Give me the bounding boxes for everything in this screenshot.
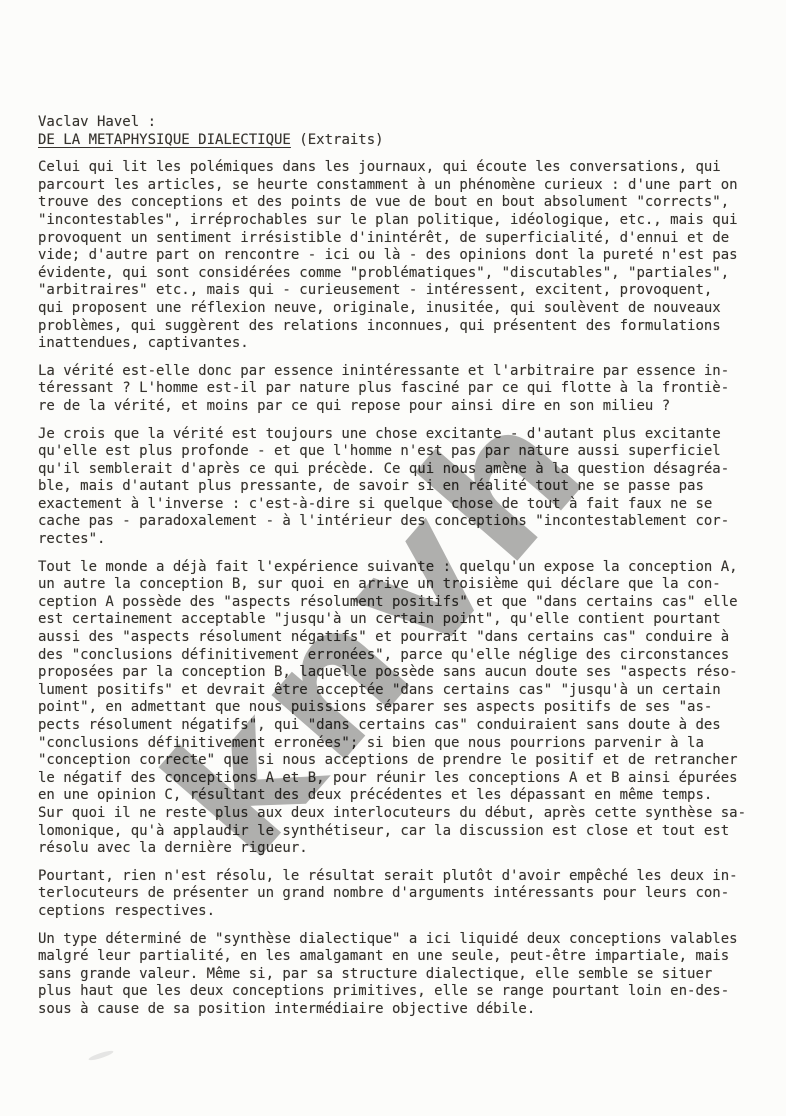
paragraph: Celui qui lit les polémiques dans les jo… — [38, 159, 748, 353]
text-line: des "conclusions définitivement erronées… — [38, 647, 748, 665]
text-line: résolu avec la dernière rigueur. — [38, 840, 748, 858]
text-line: re de la vérité, et moins par ce qui rep… — [38, 398, 748, 416]
text-line: sans grande valeur. Même si, par sa stru… — [38, 966, 748, 984]
text-line: lument positifs" et devrait être accepté… — [38, 682, 748, 700]
text-line: "incontestables", irréprochables sur le … — [38, 212, 748, 230]
title-suffix-text: (Extraits) — [291, 132, 384, 148]
text-line: en une opinion C, résultant des deux pré… — [38, 787, 748, 805]
text-line: évidente, qui sont considérées comme "pr… — [38, 265, 748, 283]
text-line: sous à cause de sa position intermédiair… — [38, 1001, 748, 1019]
text-line: Celui qui lit les polémiques dans les jo… — [38, 159, 748, 177]
text-line: exactement à l'inverse : c'est-à-dire si… — [38, 496, 748, 514]
text-line: La vérité est-elle donc par essence inin… — [38, 363, 748, 381]
text-line: Je crois que la vérité est toujours une … — [38, 426, 748, 444]
text-line: problèmes, qui suggèrent des relations i… — [38, 318, 748, 336]
text-line: trouve des conceptions et des points de … — [38, 194, 748, 212]
text-line: "arbitraires" etc., mais qui - curieusem… — [38, 282, 748, 300]
text-line: lomonique, qu'à applaudir le synthétiseu… — [38, 823, 748, 841]
text-line: point", en admettant que nous puissions … — [38, 699, 748, 717]
document-page: knvh Vaclav Havel : DE LA METAPHYSIQUE D… — [0, 0, 786, 1116]
paragraph: Un type déterminé de "synthèse dialectiq… — [38, 931, 748, 1019]
text-line: qu'elle est plus profonde - et que l'hom… — [38, 443, 748, 461]
text-line: provoquent un sentiment irrésistible d'i… — [38, 230, 748, 248]
text-line: aussi des "aspects résolument négatifs" … — [38, 629, 748, 647]
text-line: terlocuteurs de présenter un grand nombr… — [38, 885, 748, 903]
text-line: téressant ? L'homme est-il par nature pl… — [38, 380, 748, 398]
text-line: Un type déterminé de "synthèse dialectiq… — [38, 931, 748, 949]
document-body: Celui qui lit les polémiques dans les jo… — [0, 159, 786, 1018]
document-header: Vaclav Havel : DE LA METAPHYSIQUE DIALEC… — [0, 0, 786, 149]
text-line: malgré leur partialité, en les amalgaman… — [38, 948, 748, 966]
text-line: le négatif des conceptions A et B, pour … — [38, 770, 748, 788]
text-line: "conception correcte" que si nous accept… — [38, 752, 748, 770]
author-line: Vaclav Havel : — [38, 114, 748, 132]
text-line: un autre la conception B, sur quoi en ar… — [38, 576, 748, 594]
text-line: cache pas - paradoxalement - à l'intérie… — [38, 513, 748, 531]
text-line: parcourt les articles, se heurte constam… — [38, 177, 748, 195]
text-line: "conclusions définitivement erronées"; s… — [38, 735, 748, 753]
text-line: qui proposent une réflexion neuve, origi… — [38, 300, 748, 318]
text-line: ble, mais d'autant plus pressante, de sa… — [38, 478, 748, 496]
paragraph: Pourtant, rien n'est résolu, le résultat… — [38, 868, 748, 921]
title-underlined-text: DE LA METAPHYSIQUE DIALECTIQUE — [38, 132, 291, 148]
paragraph: Je crois que la vérité est toujours une … — [38, 426, 748, 549]
text-line: plus haut que les deux conceptions primi… — [38, 983, 748, 1001]
title-line: DE LA METAPHYSIQUE DIALECTIQUE (Extraits… — [38, 132, 748, 150]
text-line: qu'il semblerait d'après ce qui précède.… — [38, 461, 748, 479]
text-line: ceptions respectives. — [38, 903, 748, 921]
paragraph: La vérité est-elle donc par essence inin… — [38, 363, 748, 416]
scan-smudge — [88, 1049, 114, 1062]
text-line: est certainement acceptable "jusqu'à un … — [38, 611, 748, 629]
paragraph: Tout le monde a déjà fait l'expérience s… — [38, 559, 748, 858]
text-line: proposées par la conception B, laquelle … — [38, 664, 748, 682]
text-line: vide; d'autre part on rencontre - ici ou… — [38, 247, 748, 265]
text-line: inattendues, captivantes. — [38, 335, 748, 353]
text-line: Tout le monde a déjà fait l'expérience s… — [38, 559, 748, 577]
text-line: ception A possède des "aspects résolumen… — [38, 594, 748, 612]
text-line: pects résolument négatifs", qui "dans ce… — [38, 717, 748, 735]
text-line: rectes". — [38, 531, 748, 549]
text-line: Sur quoi il ne reste plus aux deux inter… — [38, 805, 748, 823]
text-line: Pourtant, rien n'est résolu, le résultat… — [38, 868, 748, 886]
